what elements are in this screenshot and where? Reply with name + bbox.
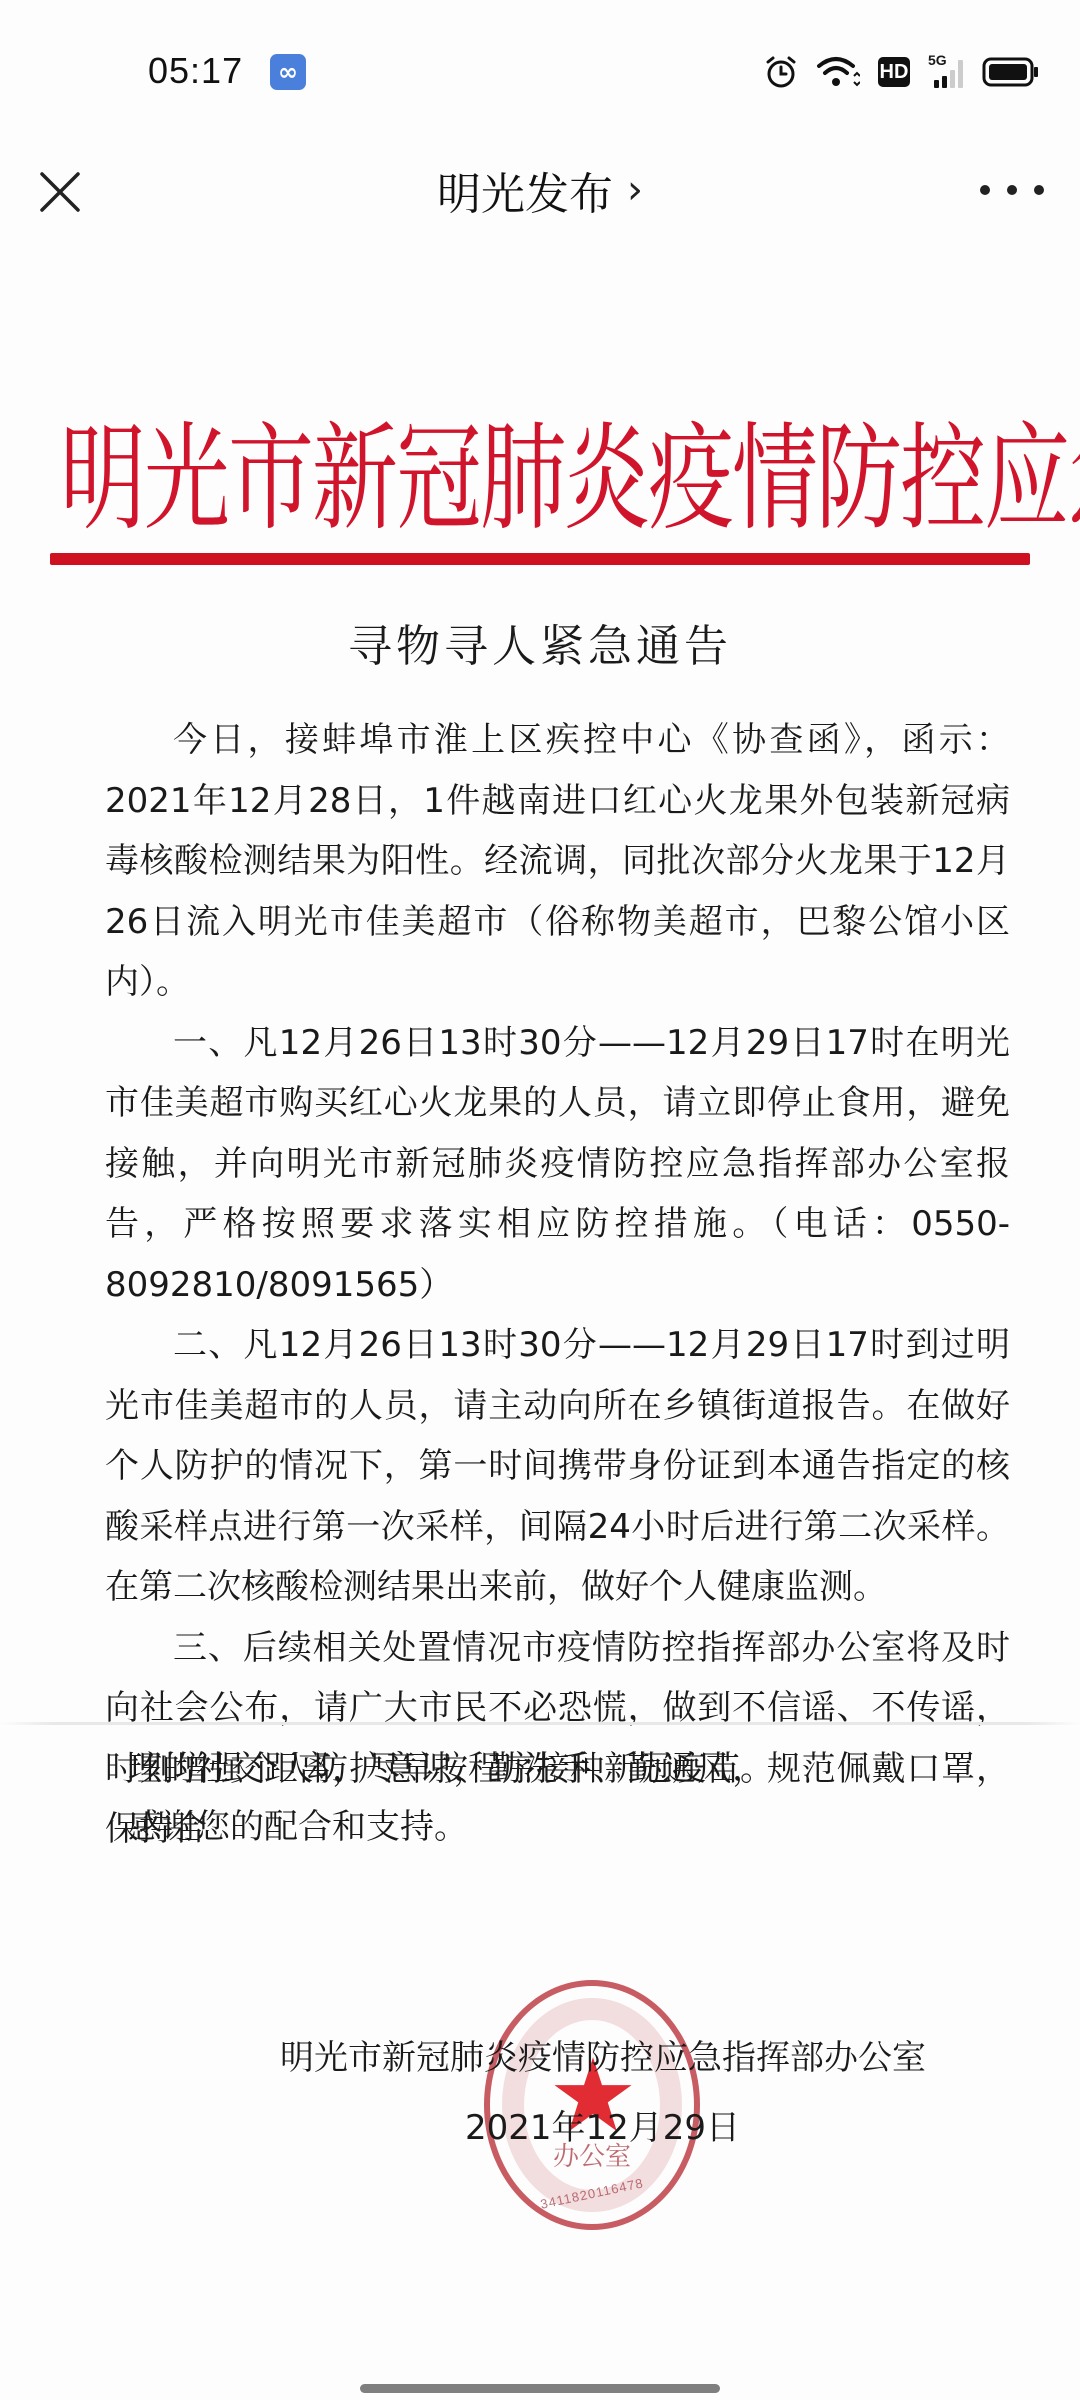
- signal-bar: [958, 60, 963, 88]
- notice-document: 明光市新冠肺炎疫情防控应急指挥部办室 寻物寻人紧急通告 今日，接蚌埠市淮上区疾控…: [0, 240, 1080, 2360]
- wifi-icon: [816, 55, 860, 89]
- signal-bar: [942, 76, 947, 88]
- battery-icon: [982, 57, 1040, 87]
- paragraph-intro: 今日，接蚌埠市淮上区疾控中心《协查函》，函示：2021年12月28日，1件越南进…: [105, 710, 1010, 1013]
- hd-icon: HD: [878, 57, 910, 87]
- nav-bar: 明光发布 ›: [0, 140, 1080, 240]
- account-title-link[interactable]: 明光发布 ›: [0, 158, 1080, 222]
- status-time: 05:17: [148, 50, 243, 92]
- infinity-icon: ∞: [270, 54, 306, 90]
- chevron-right-icon: ›: [627, 167, 643, 213]
- status-icons: HD 5G: [764, 50, 1040, 94]
- paragraph-item-1: 一、凡12月26日13时30分——12月29日17时在明光市佳美超市购买红心火龙…: [105, 1013, 1010, 1316]
- paragraph-item-2: 二、凡12月26日13时30分——12月29日17时到过明光市佳美超市的人员，请…: [105, 1315, 1010, 1618]
- signal-bar: [950, 70, 955, 88]
- more-icon: [1034, 185, 1044, 195]
- home-indicator[interactable]: [360, 2384, 720, 2393]
- signature-org: 明光市新冠肺炎疫情防控应急指挥部办公室: [280, 2030, 926, 2079]
- document-body: 今日，接蚌埠市淮上区疾控中心《协查函》，函示：2021年12月28日，1件越南进…: [105, 710, 1010, 1860]
- more-icon: [1007, 185, 1017, 195]
- nav-title: 明光发布: [437, 158, 613, 222]
- signal-5g-icon: 5G: [928, 54, 964, 90]
- document-title: 寻物寻人紧急通告: [0, 610, 1080, 674]
- document-red-header: 明光市新冠肺炎疫情防控应急指挥部办室: [60, 385, 1020, 552]
- signal-bar: [934, 80, 939, 88]
- more-icon: [980, 185, 990, 195]
- image-seam: [0, 1722, 1080, 1725]
- more-button[interactable]: [980, 170, 1044, 210]
- status-bar: 05:17 ∞ HD 5G: [0, 0, 1080, 140]
- red-divider-line: [50, 553, 1030, 565]
- screen: 05:17 ∞ HD 5G: [0, 0, 1080, 2400]
- document-body-continued: 理的社交距离，尽早按程序接种新冠疫苗。 感谢您的配合和支持。: [128, 1740, 1033, 1856]
- paragraph-continuation: 理的社交距离，尽早按程序接种新冠疫苗。: [128, 1740, 1033, 1798]
- thanks-line: 感谢您的配合和支持。: [128, 1798, 1033, 1856]
- signature-date: 2021年12月29日: [465, 2100, 740, 2149]
- alarm-icon: [764, 54, 798, 90]
